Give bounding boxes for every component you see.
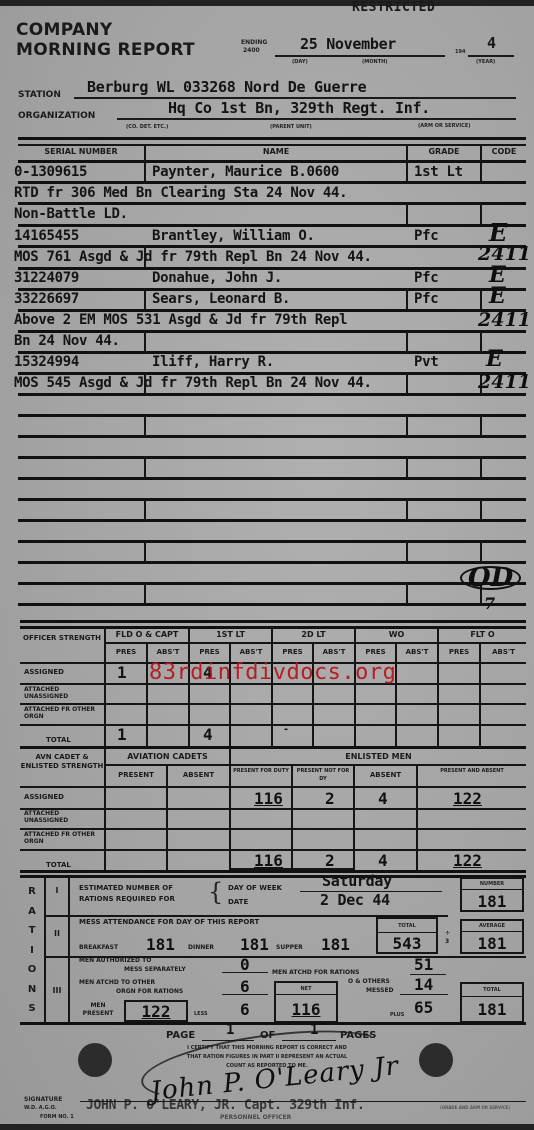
rations-top-rule [20,870,526,873]
soldier-grade: Pfc [414,270,438,286]
atchd-rations-label: MEN ATCHD FOR RATIONS [272,969,359,976]
officer-top-rule-2 [20,626,526,629]
col-divider [144,456,146,478]
serial-number: 14165455 [14,228,79,244]
others-underline [400,994,448,995]
col-divider [44,877,46,1023]
col-divider [144,582,146,604]
year-underline [468,55,514,57]
col-absent: ABSENT [168,771,229,779]
ending-label: ENDING [241,39,267,46]
sub-pres: PRES [273,648,312,656]
auth-value: 0 [240,955,250,974]
handwritten-code: 2411 [478,309,531,331]
col-divider [480,144,482,182]
col-divider [480,498,482,520]
col-divider [406,372,408,394]
row-rule [20,703,526,705]
side-letter: O [22,960,42,980]
col-divider [406,540,408,562]
estimated-label-2: RATIONS REQUIRED FOR [79,895,175,903]
top-edge [0,0,534,6]
officer-group-fld-capt: FLD O & CAPT [106,630,188,639]
enlisted-total-absent: 4 [378,851,388,870]
ration-total-label: TOTAL [462,987,522,993]
estimated-label-1: ESTIMATED NUMBER OF [79,884,173,892]
row-rule [18,456,526,459]
col-divider [312,642,314,746]
total-label: TOTAL [378,923,436,929]
wd-ago-label: W.D. A.G.O. [24,1105,57,1111]
row-label-attached-unassigned: ATTACHED UNASSIGNED [24,810,102,824]
sub-pres: PRES [190,648,229,656]
remark-line: MOS 545 Asgd & Jd fr 79th Repl Bn 24 Nov… [14,375,372,391]
box-divider [462,931,522,932]
men-present-label-1: MEN [74,1002,122,1009]
others-messed-label-1: O & OTHERS [348,978,390,985]
day-of-week-label: DAY OF WEEK [228,884,282,892]
col-divider [480,414,482,436]
row-rule [18,224,526,227]
row-rule [18,414,526,417]
form-number-label: FORM NO. 1 [40,1114,74,1120]
less-label: LESS [194,1011,208,1017]
row-rule [20,724,526,726]
typed-officer-title: PERSONNEL OFFICER [220,1114,291,1121]
col-header-name: NAME [146,147,406,156]
col-header-code: CODE [482,147,526,156]
org-caption-parent: (PARENT UNIT) [270,124,312,130]
col-divider [406,414,408,436]
ration-total-value: 181 [462,1000,522,1019]
auth-label-1: MEN AUTHORIZED TO [79,957,151,964]
date-underline [275,55,445,57]
serial-number: 0-1309615 [14,164,87,180]
sub-pres: PRES [356,648,395,656]
typed-officer-name: JOHN P. O'LEARY, JR. Capt. 329th Inf. [86,1098,365,1113]
row-rule [18,540,526,543]
enlisted-men-header: ENLISTED MEN [231,752,526,761]
col-divider [144,414,146,436]
enlisted-assigned-total: 122 [453,789,482,808]
dinner-value: 181 [240,935,269,954]
enlisted-total-present-not-duty: 2 [325,851,335,870]
serial-number: 31224079 [14,270,79,286]
remark-line: Above 2 EM MOS 531 Asgd & Jd fr 79th Rep… [14,312,347,328]
org-caption-unit: (CO. DET. ETC.) [126,124,168,130]
side-letter: T [22,921,42,941]
less-value: 6 [240,1000,250,1019]
row-rule [18,202,526,205]
date-label: DATE [228,898,248,906]
average-label: AVERAGE [462,923,522,929]
row-label-attached-other: ATTACHED FR OTHER ORGN [24,706,102,720]
soldier-name: Brantley, William O. [152,228,315,244]
section-ii-numeral: II [46,929,68,938]
side-letter: S [22,999,42,1019]
plus-value: 65 [414,998,433,1017]
row-rule [18,245,526,248]
box-divider [462,889,522,890]
soldier-grade: Pfc [414,228,438,244]
others-messed-value: 14 [414,975,433,994]
officer-total-fld-pres: 1 [117,725,127,744]
auth-label-2: MESS SEPARATELY [124,966,186,973]
col-divider [480,540,482,562]
row-rule [18,603,526,606]
row-label-total: TOTAL [46,861,71,869]
enlisted-assigned-absent: 4 [378,789,388,808]
col-divider [354,626,356,746]
supper-label: SUPPER [276,944,303,951]
net-value: 116 [276,1000,336,1019]
col-divider [480,330,482,352]
side-letter: N [22,980,42,1000]
serial-number: 33226697 [14,291,79,307]
row-label-assigned: ASSIGNED [24,793,64,801]
row-label-attached-unassigned: ATTACHED UNASSIGNED [24,686,102,700]
col-divider [480,202,482,225]
ration-date-value: 2 Dec 44 [320,891,390,909]
year-prefix: 194 [455,49,465,55]
number-label: NUMBER [462,881,522,887]
col-divider [406,330,408,352]
handwritten-initials: OD [460,566,521,590]
average-value: 181 [462,934,522,953]
col-divider [68,877,70,1023]
brace-icon: { [208,878,223,906]
col-divider [144,144,146,182]
col-divider [144,540,146,562]
officer-strength-title: OFFICER STRENGTH [20,634,104,643]
box-divider [276,994,336,995]
soldier-name: Donahue, John J. [152,270,282,286]
enlisted-total-present-duty: 116 [254,851,283,870]
soldier-grade: Pvt [414,354,438,370]
col-enlisted-absent: ABSENT [355,771,416,779]
soldier-grade: Pfc [414,291,438,307]
year-caption: (YEAR) [476,59,495,65]
sub-abst: ABS'T [314,648,354,656]
remark-line: RTD fr 306 Med Bn Clearing Sta 24 Nov 44… [14,185,347,201]
row-rule [18,519,526,522]
col-divider [406,456,408,478]
side-letter: I [22,941,42,961]
remark-line: MOS 761 Asgd & Jd fr 79th Repl Bn 24 Nov… [14,249,372,265]
col-divider [104,626,106,746]
total-value: 543 [378,934,436,953]
col-divider [406,288,408,310]
soldier-grade: 1st Lt [414,164,463,180]
row-rule [18,393,526,396]
row-label-attached-other: ATTACHED FR OTHER ORGN [24,831,102,845]
sub-pres: PRES [106,648,146,656]
officer-group-1st-lt: 1ST LT [190,630,271,639]
col-divider [146,642,148,746]
organization-underline [117,118,516,120]
ending-time-label: 2400 [243,47,260,54]
breakfast-label: BREAKFAST [79,944,118,951]
table-top-rule [18,137,526,140]
table-header-top [18,144,526,146]
row-rule [18,477,526,480]
month-caption: (MONTH) [362,59,388,65]
station-value: Berburg WL 033268 Nord De Guerre [87,78,366,96]
subheader-rule [104,764,526,766]
col-divider [144,288,146,310]
header-bottom-rule [18,160,526,163]
mess-attendance-label: MESS ATTENDANCE FOR DAY OF THIS REPORT [79,918,259,926]
watermark: 83rdinfdivdocs.org [149,660,396,685]
row-rule [20,828,526,830]
soldier-name: Sears, Leonard B. [152,291,290,307]
station-label: STATION [18,90,61,100]
row-rule [18,435,526,438]
bottom-edge [0,1124,534,1130]
atchd-rations-value: 51 [414,955,433,974]
box-divider [378,932,436,933]
col-present-and-absent: PRESENT AND ABSENT [418,767,526,775]
box-divider [462,996,522,997]
form-title-line2: MORNING REPORT [16,40,195,60]
row-rule [18,181,526,184]
organization-label: ORGANIZATION [18,111,95,121]
page-number: 1 [226,1022,234,1038]
sub-abst: ABS'T [481,648,526,656]
officer-group-wo: WO [356,630,437,639]
col-divider [480,456,482,478]
punch-hole-right [419,1043,453,1077]
soldier-name: Iliff, Harry R. [152,354,274,370]
punch-hole-left [78,1043,112,1077]
total-highlight-box [229,849,355,870]
organization-value: Hq Co 1st Bn, 329th Regt. Inf. [168,99,430,117]
officer-total-1stlt-pres: 4 [203,725,213,744]
enlisted-assigned-present-not-duty: 2 [325,789,335,808]
row-label-assigned: ASSIGNED [24,668,64,676]
col-divider [406,202,408,225]
row-rule [18,498,526,501]
col-divider [188,626,190,746]
rations-top-rule-2 [20,875,526,878]
section-iii-numeral: III [46,986,68,995]
page-label: PAGE [166,1030,195,1041]
col-divider [406,144,408,182]
day-of-week-value: Saturday [322,872,392,890]
serial-number: 15324994 [14,354,79,370]
signature-label: SIGNATURE [24,1096,62,1103]
col-divider [229,642,231,746]
plus-label: PLUS [390,1012,404,1018]
dinner-label: DINNER [188,944,214,951]
enlisted-top-rule [20,746,526,749]
handwritten-code: E [489,283,506,309]
col-divider [480,288,482,310]
col-present-for-duty: PRESENT FOR DUTY [231,767,291,775]
enlisted-total-total: 122 [453,851,482,870]
sub-abst: ABS'T [231,648,271,656]
report-year-digit: 4 [487,34,496,52]
col-divider [271,626,273,746]
divide-by-three: ÷ 3 [445,930,455,946]
enlisted-assigned-present-duty: 116 [254,789,283,808]
officer-group-2d-lt: 2D LT [273,630,354,639]
form-title-line1: COMPANY [16,20,113,40]
handwritten-code: E [486,346,503,372]
remark-line: Bn 24 Nov 44. [14,333,120,349]
col-divider [144,498,146,520]
men-present-label-2: PRESENT [74,1010,122,1017]
subheader-rule [104,642,526,644]
supper-value: 181 [321,935,350,954]
row-rule [18,582,526,585]
col-divider [416,764,418,870]
side-letter: R [22,882,42,902]
officer-total-2dlt-pres: - [283,724,289,735]
col-divider [166,764,168,870]
grade-caption: (GRADE AND ARM OR SERVICE) [440,1105,510,1110]
other-label-2: ORGN FOR RATIONS [116,988,183,995]
side-letter: A [22,902,42,922]
section-i-numeral: I [46,886,68,895]
aviation-cadets-header: AVIATION CADETS [106,752,229,761]
handwritten-mark: 7 [484,594,495,613]
handwritten-code: 2411 [478,371,531,393]
soldier-name: Paynter, Maurice B.0600 [152,164,339,180]
row-label-total: TOTAL [46,736,71,744]
row-rule [18,561,526,564]
sub-abst: ABS'T [148,648,188,656]
col-divider [144,330,146,352]
remark-line: Non-Battle LD. [14,206,128,222]
officer-top-rule [20,620,526,623]
col-divider [406,498,408,520]
org-caption-arm: (ARM OR SERVICE) [418,123,471,129]
col-header-serial: SERIAL NUMBER [18,147,144,156]
day-caption: (DAY) [292,59,308,65]
men-present-value: 122 [126,1002,186,1021]
number-value: 181 [462,892,522,911]
row-rule [20,786,526,788]
breakfast-value: 181 [146,935,175,954]
net-label: NET [276,986,336,992]
rations-side-label: R A T I O N S [22,882,42,1019]
sub-abst: ABS'T [397,648,437,656]
others-messed-label-2: MESSED [366,987,394,994]
enlisted-strength-title: AVN CADET & ENLISTED STRENGTH [20,753,104,771]
sub-pres: PRES [439,648,479,656]
other-value: 6 [240,977,250,996]
report-day-month: 25 November [300,35,396,53]
col-header-grade: GRADE [408,147,480,156]
officer-group-flt-o: FLT O [439,630,526,639]
morning-report-form: RESTRICTED COMPANY MORNING REPORT ENDING… [0,0,534,1130]
col-divider [437,626,439,746]
col-present: PRESENT [106,771,166,779]
col-divider [395,642,397,746]
other-label-1: MEN ATCHD TO OTHER [79,979,155,986]
rations-bottom-rule [20,1022,526,1025]
officer-assigned-fld-pres: 1 [117,663,127,682]
col-divider [479,642,481,746]
col-present-not-for-duty: PRESENT NOT FOR DY [293,767,353,783]
col-divider [406,582,408,604]
restricted-stamp: RESTRICTED [352,0,435,15]
